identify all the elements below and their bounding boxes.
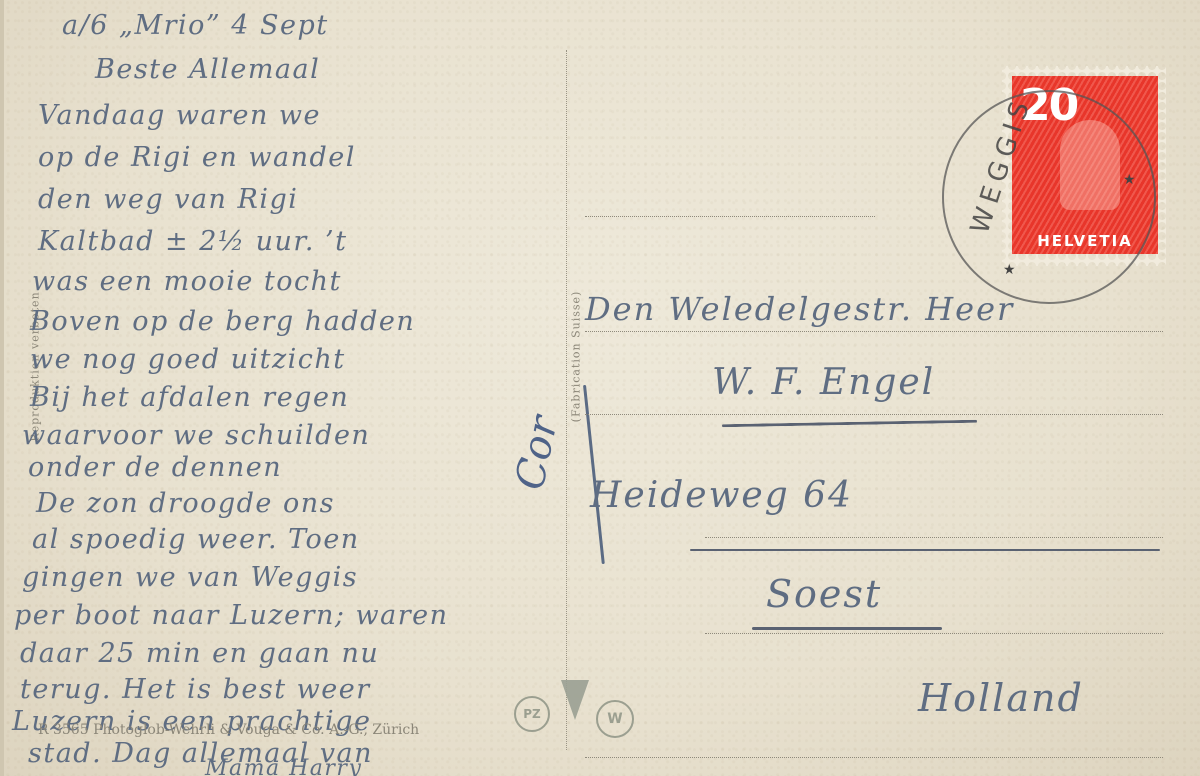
address-dotted-line <box>585 414 1163 415</box>
city-underline <box>752 627 942 630</box>
message-line: Vandaag waren we <box>38 100 321 131</box>
address-dotted-line <box>585 331 1163 332</box>
w-logo-icon: W <box>596 700 634 738</box>
postmark-star-icon: ★ <box>1123 172 1136 188</box>
address-dotted-line <box>585 216 875 217</box>
address-city: Soest <box>766 572 882 616</box>
triangle-logo-icon <box>561 680 589 720</box>
postcard-back: Reproduktion verboten (Fabrication Suiss… <box>0 0 1200 776</box>
message-line: we nog goed uitzicht <box>30 344 346 375</box>
postmark-star-icon: ★ <box>1003 262 1016 278</box>
address-street: Heideweg 64 <box>590 475 853 516</box>
center-divider-line <box>566 50 567 750</box>
message-line: was een mooie tocht <box>32 266 342 297</box>
message-header: a/6 „Mrio” 4 Sept <box>62 10 329 41</box>
fabrication-imprint: (Fabrication Suisse) <box>569 291 582 423</box>
address-dotted-line <box>585 757 1163 758</box>
card-edge <box>0 0 4 776</box>
address-salutation: Den Weledelgestr. Heer <box>585 290 1014 328</box>
pz-logo-icon: PZ <box>514 696 550 732</box>
message-line: De zon droogde ons <box>36 488 335 519</box>
vertical-initials: Cor <box>507 412 567 494</box>
message-line: waarvoor we schuilden <box>22 420 370 451</box>
message-line: Beste Allemaal <box>95 54 320 85</box>
message-line: Boven op de berg hadden <box>30 306 415 337</box>
message-line: gingen we van Weggis <box>22 562 358 593</box>
address-recipient-name: W. F. Engel <box>712 362 935 403</box>
message-line: Bij het afdalen regen <box>30 382 349 413</box>
name-underline <box>722 420 977 427</box>
address-dotted-line <box>705 537 1163 538</box>
message-line: Kaltbad ± 2½ uur. ’t <box>38 226 347 257</box>
address-country: Holland <box>918 676 1084 720</box>
message-line: den weg van Rigi <box>38 184 298 215</box>
street-underline <box>690 549 1160 551</box>
message-signature: Mama Harry <box>205 756 362 776</box>
publisher-imprint: R 3565 Photoglob-Wehrli & Vouga & Co. A.… <box>38 722 419 738</box>
message-line: op de Rigi en wandel <box>38 142 356 173</box>
message-line: onder de dennen <box>28 452 282 483</box>
message-line: daar 25 min en gaan nu <box>20 638 379 669</box>
message-line: terug. Het is best weer <box>20 674 371 705</box>
message-line: per boot naar Luzern; waren <box>14 600 449 631</box>
message-line: al spoedig weer. Toen <box>32 524 360 555</box>
address-dotted-line <box>705 633 1163 634</box>
